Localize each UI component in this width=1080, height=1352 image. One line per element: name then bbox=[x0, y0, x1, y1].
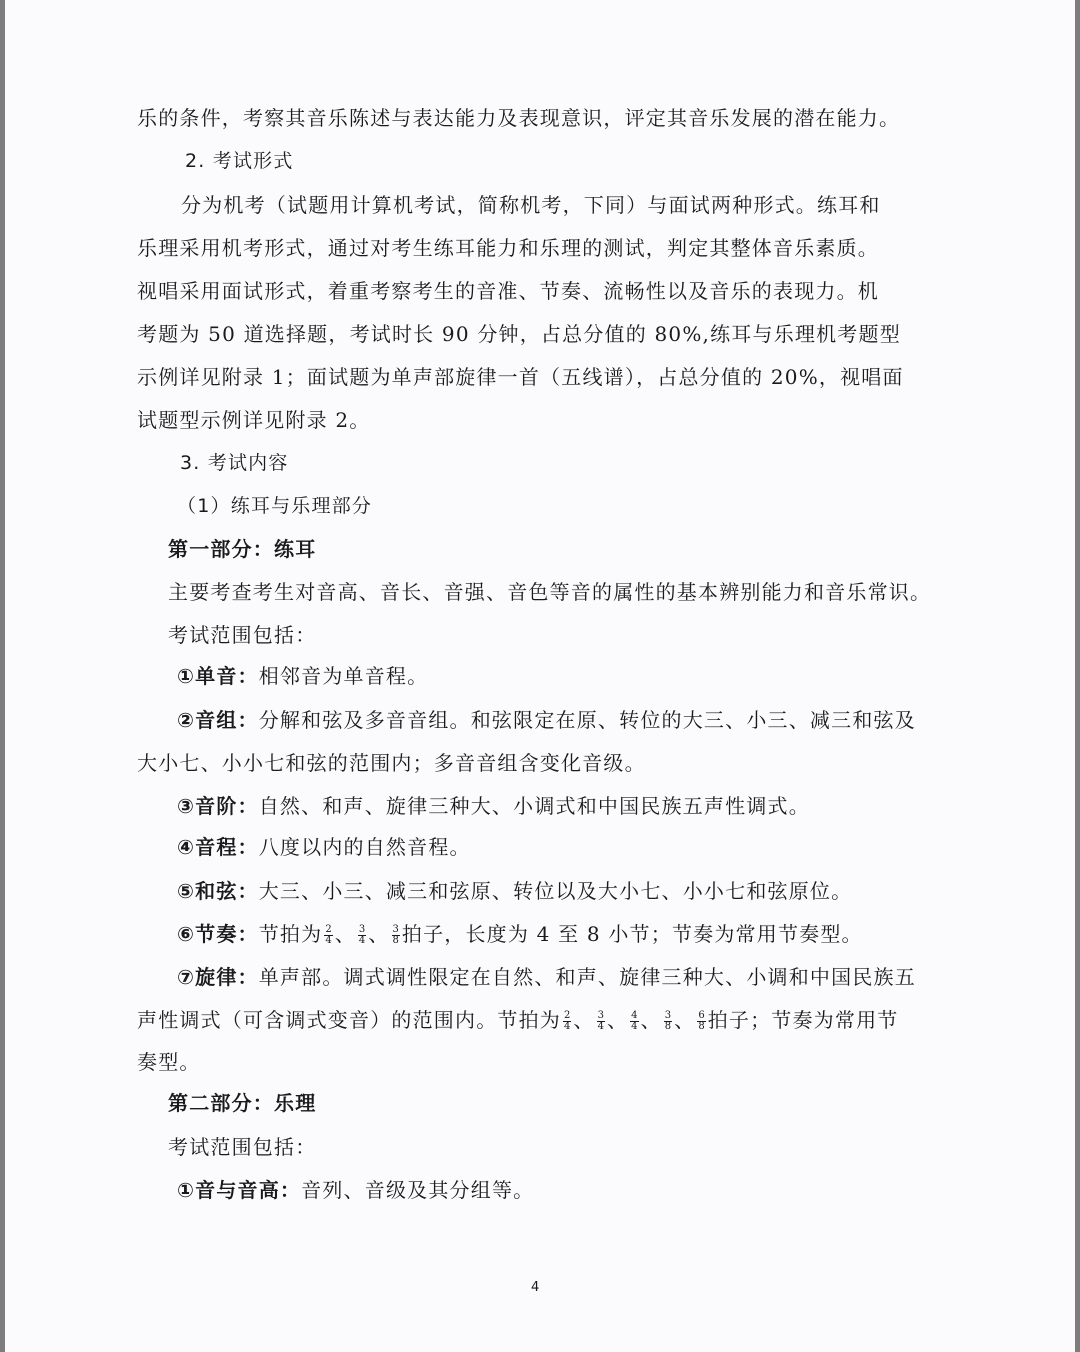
separator: 、 bbox=[335, 922, 356, 946]
paragraph-line: 示例详见附录 1；面试题为单声部旋律一首（五线谱），占总分值的 20%，视唱面 bbox=[137, 363, 904, 391]
list-item: ④音程：八度以内的自然音程。 bbox=[177, 833, 471, 861]
list-item-text: 拍子；节奏为常用节 bbox=[708, 1008, 899, 1032]
list-item: ⑥节奏：节拍为24、34、38拍子，长度为 4 至 8 小节；节奏为常用节奏型。 bbox=[177, 920, 863, 948]
separator: 、 bbox=[641, 1008, 662, 1032]
separator: 、 bbox=[573, 1008, 594, 1032]
denominator: 4 bbox=[358, 936, 366, 946]
time-signature: 24 bbox=[563, 1011, 571, 1032]
list-item-text: 大三、小三、减三和弦原、转位以及大小七、小小七和弦原位。 bbox=[259, 879, 853, 903]
paragraph-line: 视唱采用面试形式，着重考察考生的音准、节奏、流畅性以及音乐的表现力。机 bbox=[137, 277, 879, 305]
list-item-text: 自然、和声、旋律三种大、小调式和中国民族五声性调式。 bbox=[259, 794, 810, 818]
paragraph-line: 考试范围包括： bbox=[168, 1133, 316, 1161]
separator: 、 bbox=[368, 922, 389, 946]
paragraph-line: 乐理采用机考形式，通过对考生练耳能力和乐理的测试，判定其整体音乐素质。 bbox=[137, 234, 879, 262]
list-item-label: ⑥节奏： bbox=[177, 922, 259, 946]
subsection-heading-ear-theory: （1）练耳与乐理部分 bbox=[177, 492, 372, 520]
time-signature: 68 bbox=[697, 1011, 705, 1032]
time-signature: 34 bbox=[597, 1011, 605, 1032]
list-item-label: ①音与音高： bbox=[177, 1178, 301, 1202]
separator: 、 bbox=[674, 1008, 695, 1032]
list-item-label: ④音程： bbox=[177, 835, 259, 859]
list-item: ①单音：相邻音为单音程。 bbox=[177, 662, 428, 690]
list-item-text: 音列、音级及其分组等。 bbox=[301, 1178, 534, 1202]
time-signature: 24 bbox=[324, 925, 332, 946]
separator: 、 bbox=[607, 1008, 628, 1032]
list-item-text: 拍子，长度为 4 至 8 小节；节奏为常用节奏型。 bbox=[402, 922, 863, 946]
denominator: 8 bbox=[392, 936, 400, 946]
part-heading-ear-training: 第一部分：练耳 bbox=[168, 535, 316, 563]
time-signature: 34 bbox=[358, 925, 366, 946]
paragraph-line: 考题为 50 道选择题，考试时长 90 分钟，占总分值的 80%,练耳与乐理机考… bbox=[137, 320, 901, 348]
section-heading-exam-content: 3. 考试内容 bbox=[180, 449, 289, 477]
time-signature: 38 bbox=[392, 925, 400, 946]
paragraph-line: 奏型。 bbox=[137, 1048, 201, 1076]
list-item-text: 节拍为 bbox=[259, 922, 323, 946]
list-item-text: 分解和弦及多音音组。和弦限定在原、转位的大三、小三、减三和弦及 bbox=[259, 708, 916, 732]
page-number: 4 bbox=[531, 1280, 539, 1295]
time-signature: 38 bbox=[664, 1011, 672, 1032]
list-item-label: ①单音： bbox=[177, 664, 259, 688]
denominator: 4 bbox=[597, 1022, 605, 1032]
document-page: 乐的条件，考察其音乐陈述与表达能力及表现意识，评定其音乐发展的潜在能力。 2. … bbox=[5, 0, 1075, 1352]
list-item-text: 八度以内的自然音程。 bbox=[259, 835, 471, 859]
denominator: 4 bbox=[324, 936, 332, 946]
list-item-text: 声性调式（可含调式变音）的范围内。节拍为 bbox=[137, 1008, 561, 1032]
list-item-label: ⑦旋律： bbox=[177, 965, 259, 989]
paragraph-line: 大小七、小小七和弦的范围内；多音音组含变化音级。 bbox=[137, 749, 646, 777]
list-item-text: 单声部。调式调性限定在自然、和声、旋律三种大、小调和中国民族五 bbox=[259, 965, 916, 989]
list-item: ①音与音高：音列、音级及其分组等。 bbox=[177, 1176, 534, 1204]
list-item-text: 相邻音为单音程。 bbox=[259, 664, 429, 688]
list-item: ⑦旋律：单声部。调式调性限定在自然、和声、旋律三种大、小调和中国民族五 bbox=[177, 963, 916, 991]
list-item: ⑤和弦：大三、小三、减三和弦原、转位以及大小七、小小七和弦原位。 bbox=[177, 877, 852, 905]
list-item: ③音阶：自然、和声、旋律三种大、小调式和中国民族五声性调式。 bbox=[177, 792, 810, 820]
denominator: 8 bbox=[697, 1022, 705, 1032]
section-heading-exam-format: 2. 考试形式 bbox=[185, 147, 294, 175]
list-item: ②音组：分解和弦及多音音组。和弦限定在原、转位的大三、小三、减三和弦及 bbox=[177, 706, 916, 734]
paragraph-line: 试题型示例详见附录 2。 bbox=[137, 406, 370, 434]
denominator: 4 bbox=[630, 1022, 638, 1032]
list-item-label: ③音阶： bbox=[177, 794, 259, 818]
list-item-label: ②音组： bbox=[177, 708, 259, 732]
denominator: 8 bbox=[664, 1022, 672, 1032]
paragraph-line: 考试范围包括： bbox=[168, 621, 316, 649]
paragraph-line: 声性调式（可含调式变音）的范围内。节拍为24、34、44、38、68拍子；节奏为… bbox=[137, 1006, 899, 1034]
paragraph-line: 主要考查考生对音高、音长、音强、音色等音的属性的基本辨别能力和音乐常识。 bbox=[168, 578, 931, 606]
denominator: 4 bbox=[563, 1022, 571, 1032]
paragraph-line: 分为机考（试题用计算机考试，简称机考，下同）与面试两种形式。练耳和 bbox=[181, 191, 881, 219]
part-heading-music-theory: 第二部分：乐理 bbox=[168, 1089, 316, 1117]
time-signature: 44 bbox=[630, 1011, 638, 1032]
list-item-label: ⑤和弦： bbox=[177, 879, 259, 903]
paragraph-line: 乐的条件，考察其音乐陈述与表达能力及表现意识，评定其音乐发展的潜在能力。 bbox=[137, 104, 900, 132]
